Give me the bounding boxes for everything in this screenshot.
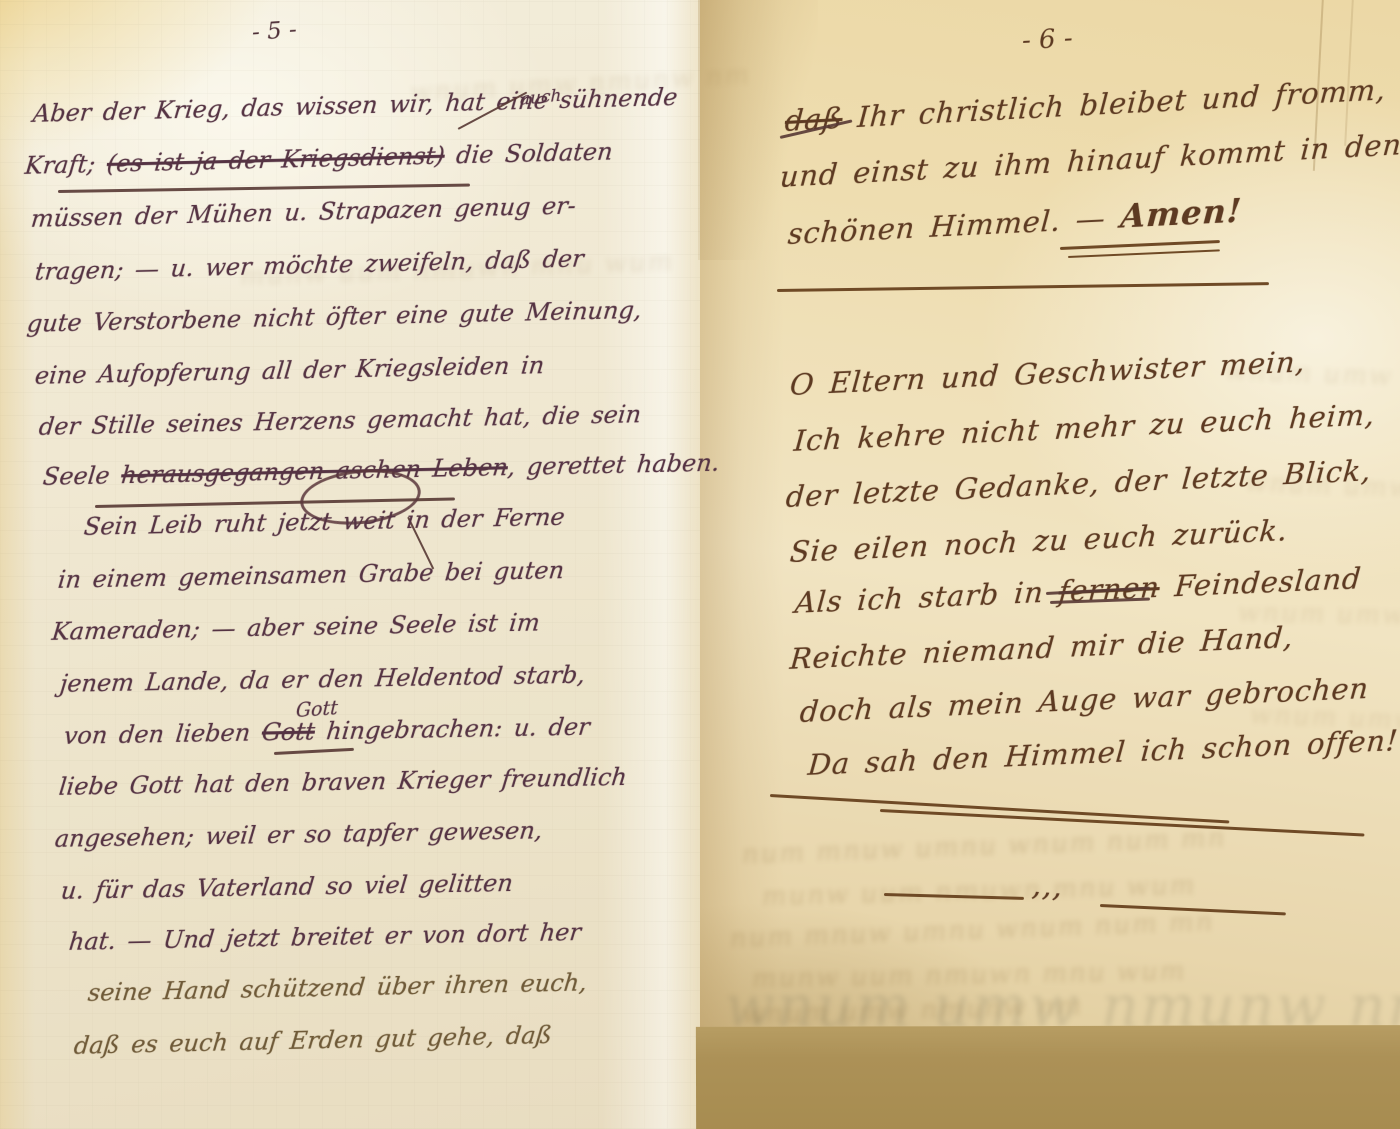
line-text: die Soldaten	[443, 138, 614, 170]
struck-text: Gott	[260, 718, 316, 747]
page-number-6: - 6 -	[1021, 23, 1073, 56]
line-text: hingebrachen: u. der	[313, 713, 591, 746]
line-text: , gerettet haben.	[506, 449, 720, 481]
amen-text: Amen!	[1119, 192, 1243, 236]
line-text: Kraft;	[24, 150, 109, 180]
end-mark: ,,,	[1031, 868, 1064, 905]
manuscript-photo: munw uum nmuwn mnu wum wnum umw nmunw nm…	[0, 0, 1400, 1129]
line-text: Seele	[42, 461, 123, 491]
line-text: von den lieben	[63, 719, 264, 751]
table-surface	[696, 1025, 1400, 1129]
interlinear-insertion: Gott	[295, 697, 338, 722]
page-number-5: - 5 -	[251, 17, 298, 46]
